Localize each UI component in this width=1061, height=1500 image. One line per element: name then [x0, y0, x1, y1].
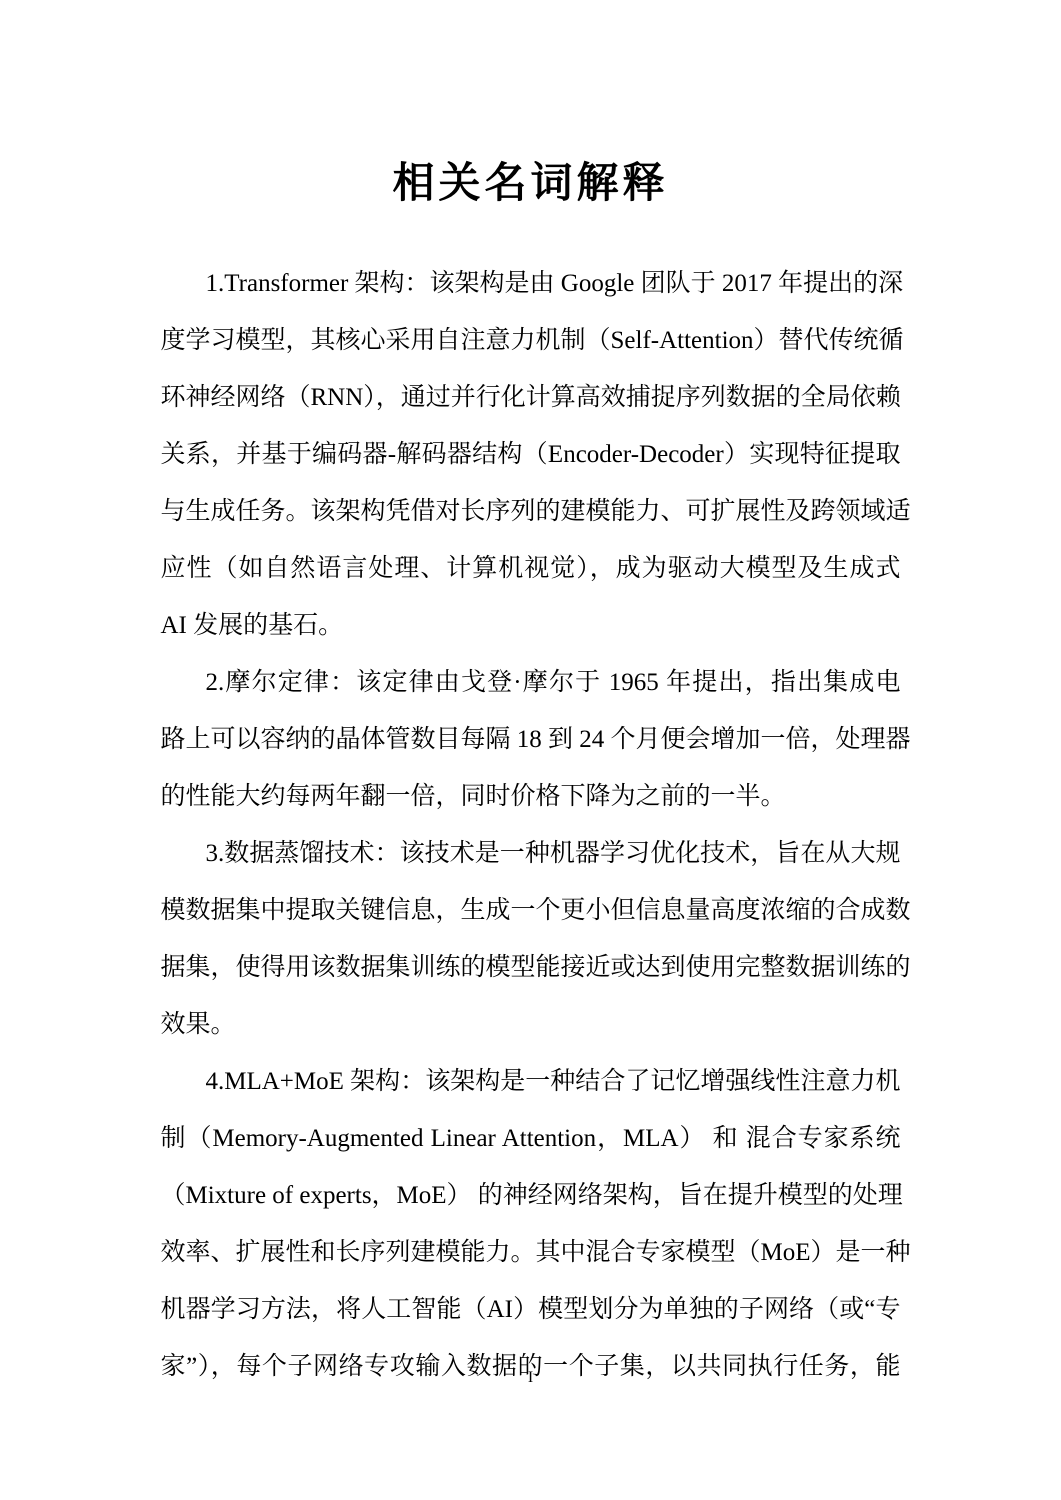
text-line: 环神经网络（RNN），通过并行化计算高效捕捉序列数据的全局依赖 — [161, 369, 901, 426]
text-line: （Mixture of experts，MoE） 的神经网络架构，旨在提升模型的… — [161, 1167, 901, 1224]
text-line: 4.MLA+MoE 架构：该架构是一种结合了记忆增强线性注意力机 — [161, 1053, 901, 1110]
page-number: I — [528, 1369, 533, 1386]
page-footer: I — [0, 1368, 1061, 1388]
text-line: AI 发展的基石。 — [161, 597, 901, 654]
text-line: 应性（如自然语言处理、计算机视觉），成为驱动大模型及生成式 — [161, 540, 901, 597]
text-line: 1.Transformer 架构：该架构是由 Google 团队于 2017 年… — [161, 255, 901, 312]
text-line: 路上可以容纳的晶体管数目每隔 18 到 24 个月便会增加一倍，处理器 — [161, 711, 901, 768]
paragraph: 2.摩尔定律：该定律由戈登·摩尔于 1965 年提出，指出集成电路上可以容纳的晶… — [161, 654, 901, 825]
text-line: 度学习模型，其核心采用自注意力机制（Self-Attention）替代传统循 — [161, 312, 901, 369]
paragraph: 3.数据蒸馏技术：该技术是一种机器学习优化技术，旨在从大规模数据集中提取关键信息… — [161, 825, 901, 1053]
text-line: 与生成任务。该架构凭借对长序列的建模能力、可扩展性及跨领域适 — [161, 483, 901, 540]
text-line: 的性能大约每两年翻一倍，同时价格下降为之前的一半。 — [161, 768, 901, 825]
document-body: 1.Transformer 架构：该架构是由 Google 团队于 2017 年… — [161, 255, 901, 1395]
text-line: 模数据集中提取关键信息，生成一个更小但信息量高度浓缩的合成数 — [161, 882, 901, 939]
document-page: 相关名词解释 1.Transformer 架构：该架构是由 Google 团队于… — [0, 0, 1061, 1500]
text-line: 机器学习方法，将人工智能（AI）模型划分为单独的子网络（或“专 — [161, 1281, 901, 1338]
text-line: 制（Memory-Augmented Linear Attention，MLA）… — [161, 1110, 901, 1167]
paragraph: 4.MLA+MoE 架构：该架构是一种结合了记忆增强线性注意力机制（Memory… — [161, 1053, 901, 1395]
text-line: 关系，并基于编码器-解码器结构（Encoder-Decoder）实现特征提取 — [161, 426, 901, 483]
text-line: 效率、扩展性和长序列建模能力。其中混合专家模型（MoE）是一种 — [161, 1224, 901, 1281]
paragraph: 1.Transformer 架构：该架构是由 Google 团队于 2017 年… — [161, 255, 901, 654]
page-title: 相关名词解释 — [0, 0, 1061, 208]
text-line: 据集，使得用该数据集训练的模型能接近或达到使用完整数据训练的 — [161, 939, 901, 996]
text-line: 效果。 — [161, 996, 901, 1053]
text-line: 2.摩尔定律：该定律由戈登·摩尔于 1965 年提出，指出集成电 — [161, 654, 901, 711]
text-line: 3.数据蒸馏技术：该技术是一种机器学习优化技术，旨在从大规 — [161, 825, 901, 882]
